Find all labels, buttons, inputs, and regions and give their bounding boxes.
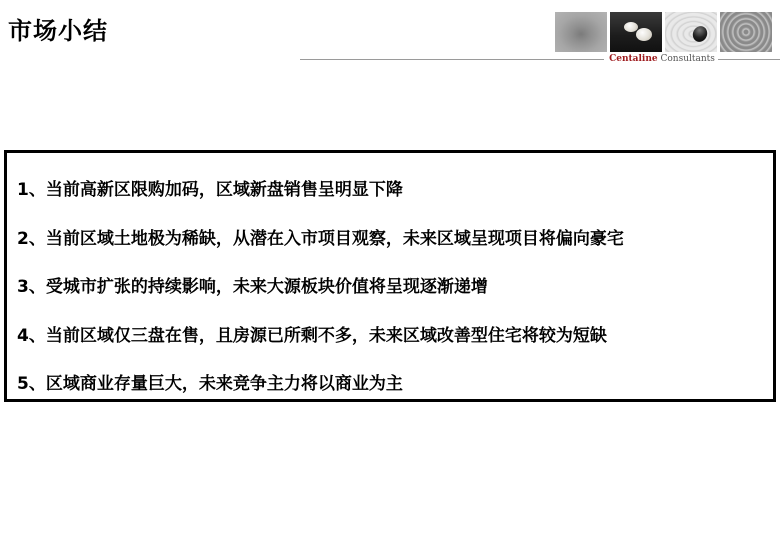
- brand-logo-text: Centaline Consultants: [606, 52, 718, 66]
- stones-image: [610, 12, 662, 52]
- brand-name-red: Centaline: [609, 54, 658, 64]
- header-divider: [300, 59, 604, 60]
- page-title: 市场小结: [8, 14, 108, 48]
- stone-icon: [636, 28, 652, 41]
- sand-pile-image: [555, 12, 607, 52]
- brand-name-gray: Consultants: [660, 54, 714, 64]
- summary-item: 4、当前区域仅三盘在售，且房源已所剩不多，未来区域改善型住宅将较为短缺: [17, 320, 624, 352]
- rock-icon: [690, 24, 709, 44]
- summary-item: 5、区域商业存量巨大，未来竞争主力将以商业为主: [17, 368, 624, 400]
- summary-box: 1、当前高新区限购加码，区域新盘销售呈明显下降 2、当前区域土地极为稀缺，从潜在…: [4, 150, 776, 402]
- ripple-rock-image: [665, 12, 717, 52]
- summary-item: 1、当前高新区限购加码，区域新盘销售呈明显下降: [17, 174, 624, 206]
- summary-item: 2、当前区域土地极为稀缺，从潜在入市项目观察，未来区域呈现项目将偏向豪宅: [17, 223, 624, 255]
- rings-image: [720, 12, 772, 52]
- header-divider-right: [718, 59, 780, 60]
- summary-item: 3、受城市扩张的持续影响，未来大源板块价值将呈现逐渐递增: [17, 271, 624, 303]
- stone-icon: [624, 22, 638, 32]
- summary-list: 1、当前高新区限购加码，区域新盘销售呈明显下降 2、当前区域土地极为稀缺，从潜在…: [17, 174, 624, 417]
- brand-image-strip: [555, 12, 777, 52]
